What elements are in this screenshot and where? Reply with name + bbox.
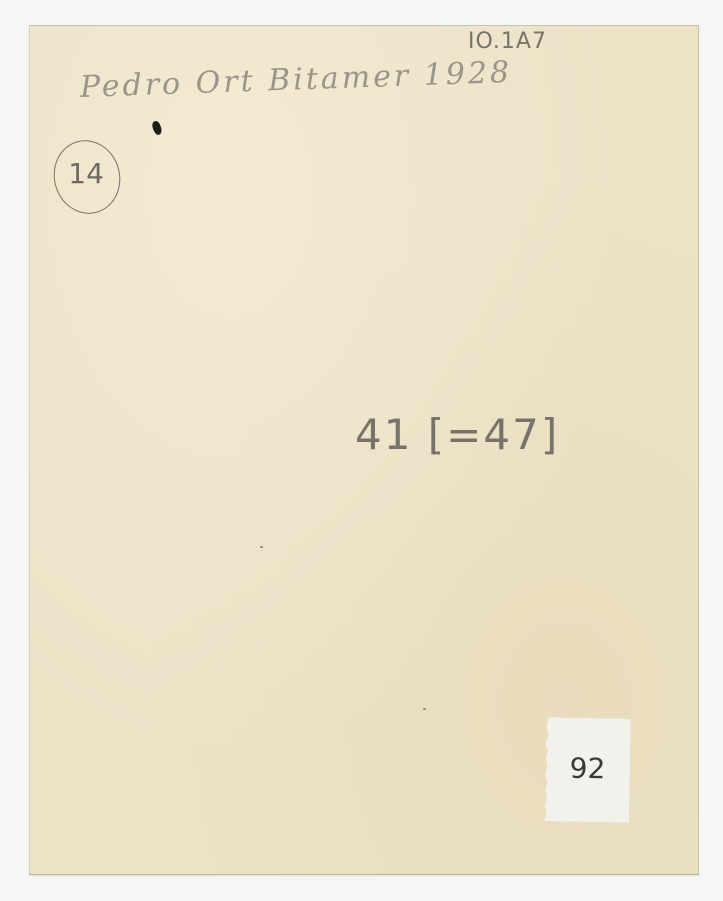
inventory-number: 41 [=47] bbox=[355, 410, 559, 459]
ink-spot bbox=[151, 120, 163, 136]
speck bbox=[423, 708, 426, 710]
number-label-sticker: 92 bbox=[544, 717, 631, 822]
circled-number-text: 14 bbox=[54, 157, 118, 190]
archive-code: IO.1A7 bbox=[468, 29, 547, 54]
speck bbox=[260, 546, 263, 548]
label-number: 92 bbox=[545, 751, 631, 785]
